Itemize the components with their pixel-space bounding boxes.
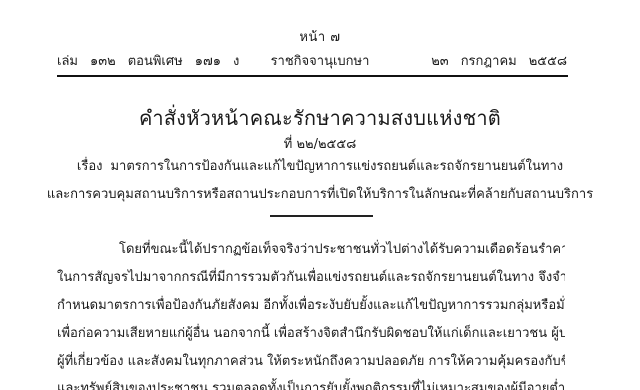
- subject-line-2: และการควบคุมสถานบริการหรือสถานประกอบการท…: [0, 183, 640, 204]
- body-line: และทรัพย์สินของประชาชน รวมตลอดทั้งเป็นกา…: [57, 377, 565, 390]
- date-month: กรกฎาคม: [461, 54, 517, 69]
- document-title: คำสั่งหัวหน้าคณะรักษาความสงบแห่งชาติ: [0, 102, 640, 134]
- subject-line-1: เรื่องมาตรการในการป้องกันและแก้ไขปัญหากา…: [0, 155, 640, 176]
- page-number: หน้า ๗: [0, 26, 640, 47]
- body-line: ในการสัญจรไปมาจากกรณีที่มีการรวมตัวกันเพ…: [57, 266, 565, 287]
- body-line: เพื่อก่อความเสียหายแก่ผู้อื่น นอกจากนี้ …: [57, 322, 565, 343]
- gazette-date: ๒๓กรกฎาคม๒๕๕๘: [419, 50, 567, 71]
- subject-label: เรื่อง: [77, 159, 103, 174]
- body-line: กำหนดมาตรการเพื่อป้องกันภัยสังคม อีกทั้ง…: [57, 294, 565, 315]
- date-year: ๒๕๕๘: [529, 54, 567, 69]
- order-number: ที่ ๒๒/๒๕๕๘: [0, 133, 640, 154]
- gazette-page: หน้า ๗ เล่ม๑๓๒ตอนพิเศษ๑๗๑ง ราชกิจจานุเบก…: [0, 0, 640, 390]
- body-line: ผู้ที่เกี่ยวข้อง และสังคมในทุกภาคส่วน ให…: [57, 350, 565, 371]
- section-divider: [270, 215, 373, 217]
- header-divider: [57, 75, 568, 77]
- date-day: ๒๓: [431, 54, 448, 69]
- subject-text-1: มาตรการในการป้องกันและแก้ไขปัญหาการแข่งร…: [110, 159, 563, 174]
- body-line: โดยที่ขณะนี้ได้ปรากฏข้อเท็จจริงว่าประชาช…: [119, 238, 565, 259]
